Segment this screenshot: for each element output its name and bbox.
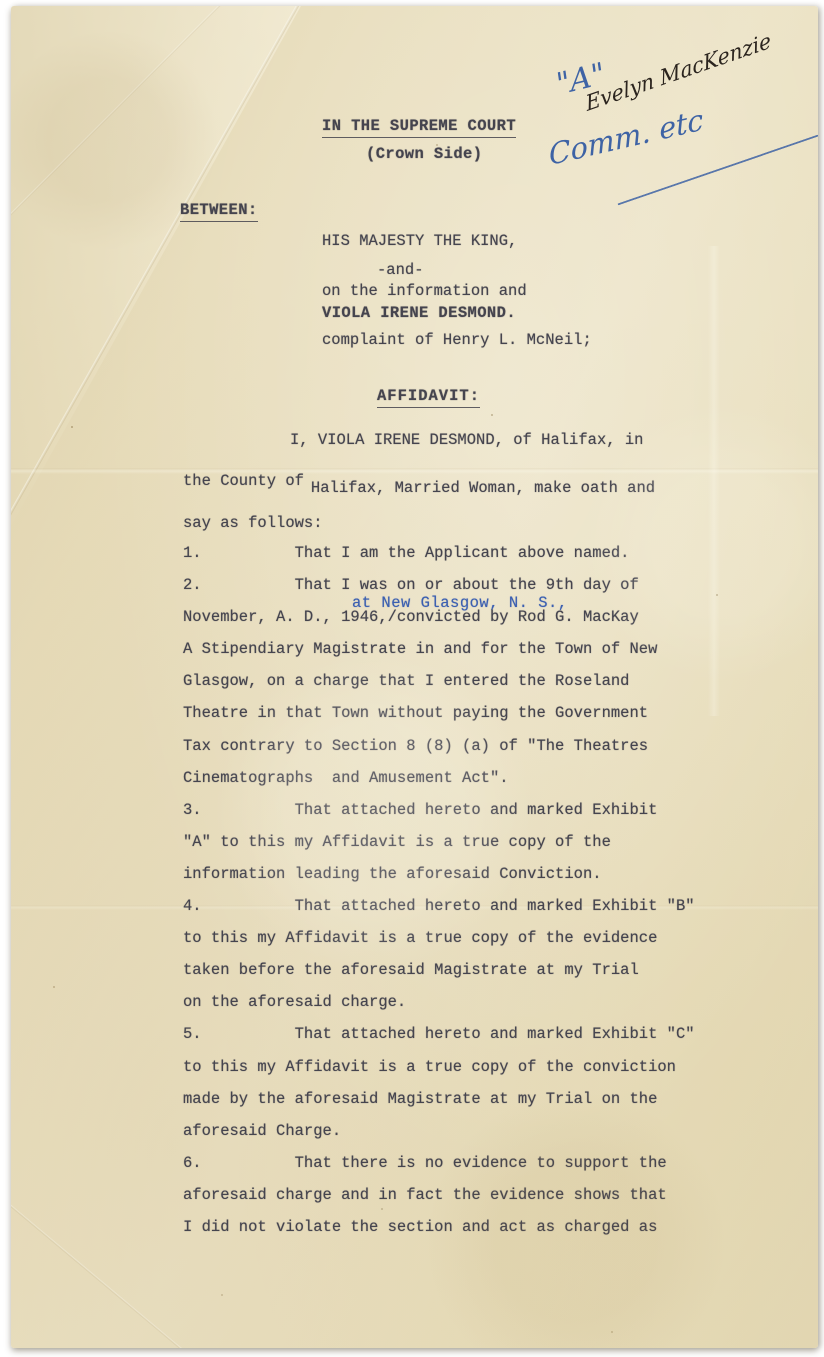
opening-line-2-prefix: the County of — [183, 472, 304, 490]
fold-crease-bottom-left — [11, 1195, 185, 1348]
plaintiff-name: HIS MAJESTY THE KING, — [322, 234, 592, 250]
plaintiff-info-line-1: on the information and — [322, 284, 592, 300]
opening-line-2-inserted-text: Halifax, Married Woman, make oath and — [311, 480, 655, 497]
affidavit-heading: AFFIDAVIT: — [377, 388, 480, 408]
respondent-name: VIOLA IRENE DESMOND. — [322, 305, 516, 322]
opening-line-2: the County ofHalifax, Married Woman, mak… — [183, 473, 655, 490]
and-separator: -and- — [377, 262, 424, 279]
signature-annotation: Evelyn MacKenzie — [584, 28, 773, 116]
court-title: IN THE SUPREME COURT — [322, 118, 516, 138]
plaintiff-block: HIS MAJESTY THE KING, on the information… — [322, 200, 592, 383]
scanned-document: "A" Evelyn MacKenzie Comm. etc IN THE SU… — [0, 0, 824, 1357]
commissioner-annotation: Comm. etc — [548, 102, 705, 172]
plaintiff-info-line-2: complaint of Henry L. McNeil; — [322, 333, 592, 349]
fold-highlight-top-left — [11, 6, 311, 536]
court-division: (Crown Side) — [366, 146, 482, 163]
between-label: BETWEEN: — [180, 202, 258, 222]
opening-line-3: say as follows: — [183, 515, 323, 532]
paper-specks — [71, 426, 73, 428]
paper-sheet: "A" Evelyn MacKenzie Comm. etc IN THE SU… — [11, 6, 818, 1348]
affidavit-body: 1. That I am the Applicant above named. … — [183, 537, 763, 1243]
opening-line-1: I, VIOLA IRENE DESMOND, of Halifax, in — [183, 432, 643, 449]
